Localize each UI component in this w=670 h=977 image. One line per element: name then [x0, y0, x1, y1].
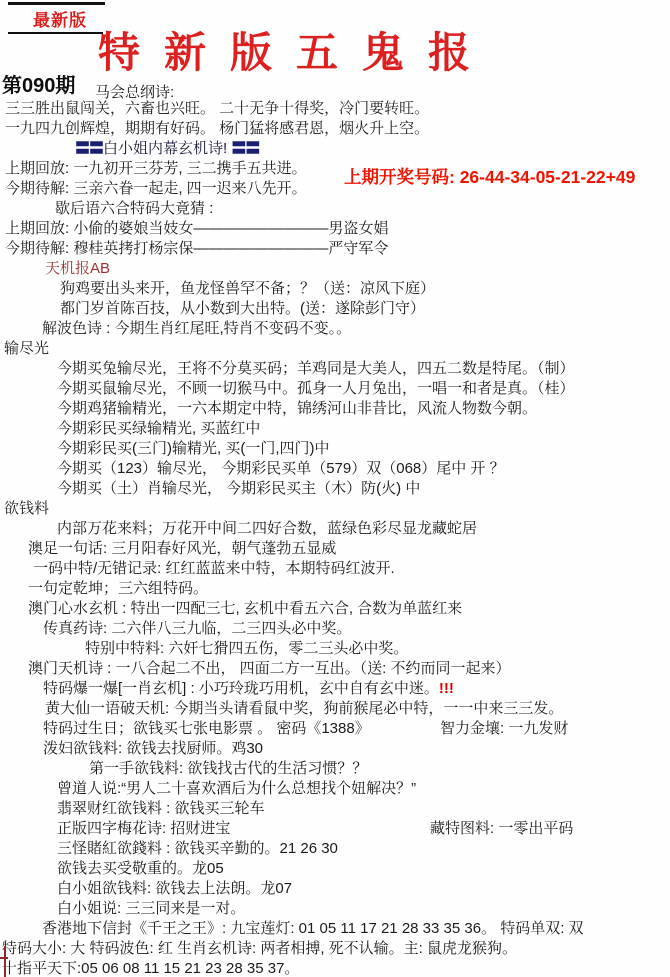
- text-segment: 内部万花来料；万花开中间二四好合数，蓝绿色彩尽显龙藏蛇居: [57, 520, 477, 537]
- text-line: 香港地下信封《千王之王》: 九宝莲灯: 01 05 11 17 21 28 33…: [0, 919, 670, 939]
- text-line: 三三胜出鼠闯关，六畜也兴旺。 二十无争十得奖，冷门要转旺。: [0, 99, 670, 119]
- text-line: 上期回放: 一九初开三芬芳, 三二携手五共进。: [0, 159, 670, 179]
- text-segment: 一码中特/无错记录: 红红蓝蓝来中特，本期特码红波开.: [33, 560, 395, 577]
- text-segment: 白小姐内幕玄机诗!: [103, 140, 231, 157]
- content-lines: 三三胜出鼠闯关，六畜也兴旺。 二十无争十得奖，冷门要转旺。一九四九创辉煌，期期有…: [0, 99, 670, 977]
- text-segment: 翡翠财红欲钱料 : 欲钱买三轮车: [57, 800, 265, 817]
- text-line: 白小姐说: 三三同来是一对。: [0, 899, 670, 919]
- text-line: 内部万花来料；万花开中间二四好合数，蓝绿色彩尽显龙藏蛇居: [0, 519, 670, 539]
- text-line: 特别中特料: 六奸七猾四五伤，零二三头必中奖。: [0, 639, 670, 659]
- text-line: 今期彩民买绿输精光, 买蓝红中: [0, 419, 670, 439]
- text-segment: 输尽光: [4, 340, 49, 357]
- text-segment: 今期买鼠输尽光，不顾一切猴马中。孤身一人月兔出，一唱一和者是真。（桂）: [57, 380, 575, 397]
- text-segment: 上期回放: 一九初开三芬芳, 三二携手五共进。: [5, 160, 307, 177]
- text-segment: 今期彩民买绿输精光, 买蓝红中: [57, 420, 260, 437]
- text-line: 翡翠财红欲钱料 : 欲钱买三轮车: [0, 799, 670, 819]
- text-line: 〓〓白小姐内幕玄机诗! 〓〓: [0, 139, 670, 159]
- text-line: 传真药诗: 二六伴八三九临，二三四头必中奖。: [0, 619, 670, 639]
- text-segment: 澳门天机诗 : 一八合起二不出， 四面二方一互出。（送: 不约而同一起来）: [28, 660, 511, 677]
- text-segment: 泼妇欲钱料: 欲钱去找厨师。鸡30: [43, 740, 263, 757]
- text-line: 特码大小: 大 特码波色: 红 生肖玄机诗: 两者相搏, 死不认输。主: 鼠虎龙…: [0, 939, 670, 959]
- badge-underline: [8, 32, 103, 34]
- text-segment: 欲钱料: [4, 500, 49, 517]
- text-segment: 今期买兔输尽光，王将不分莫买码；羊鸡同是大美人，四五二数是特尾。（制）: [57, 360, 575, 377]
- text-segment: 一句定乾坤；三六组特码。: [28, 580, 208, 597]
- text-line: 泼妇欲钱料: 欲钱去找厨师。鸡30: [0, 739, 670, 759]
- text-segment: 白小姐欲钱料: 欲钱去上法朗。龙07: [57, 880, 292, 897]
- text-segment: 今期鸡猪输精光，一六本期定中特，锦绣河山非昔比，风流人物数今朝。: [57, 400, 537, 417]
- text-line: 歇后语六合特码大竟猜 :: [0, 199, 670, 219]
- text-line: 一九四九创辉煌，期期有好码。 杨门猛将感君恩，烟火升上空。: [0, 119, 670, 139]
- top-rule-line: [8, 2, 105, 5]
- scan-mark-horizontal: [0, 957, 8, 959]
- text-line: 十指平天下:05 06 08 11 15 21 23 28 35 37。: [0, 959, 670, 977]
- text-line: 今期买（土）肖输尽光， 今期彩民买主（木）防(火) 中: [0, 479, 670, 499]
- text-line: 今期买鼠输尽光，不顾一切猴马中。孤身一人月兔出，一唱一和者是真。（桂）: [0, 379, 670, 399]
- text-line: 天机报AB: [0, 259, 670, 279]
- newspaper-page: 最新版 特新版五鬼报 第090期 马会总纲诗: 上期开奖号码: 26-44-34…: [0, 0, 670, 977]
- text-segment: 三三胜出鼠闯关，六畜也兴旺。 二十无争十得奖，冷门要转旺。: [5, 100, 429, 117]
- text-line: 三怪賭紅欲錢料 : 欲钱买辛勤的。21 26 30: [0, 839, 670, 859]
- text-segment: 白小姐说: 三三同来是一对。: [57, 900, 245, 917]
- text-line: 输尽光: [0, 339, 670, 359]
- text-segment: !!!: [439, 680, 454, 697]
- text-segment: 今期买（土）肖输尽光， 今期彩民买主（木）防(火) 中: [57, 480, 420, 497]
- text-line: 狗鸡要出头来开，鱼龙怪兽罕不备；？（送：凉风下庭）: [0, 279, 670, 299]
- text-segment: 黄大仙一语破天机: 今期当头请看鼠中奖，狗前猴尾必中特，一一中来三三发。: [45, 700, 563, 717]
- text-line: 今期待解: 三亲六眷一起走, 四一迟来八先开。: [0, 179, 670, 199]
- text-line: 特码爆一爆[一肖玄机] : 小巧玲珑巧用机，玄中自有玄中迷。!!!: [0, 679, 670, 699]
- text-segment: 狗鸡要出头来开，鱼龙怪兽罕不备；？（送：凉风下庭）: [60, 280, 435, 297]
- text-line: 特码过生日；欲钱买七张电影票 。 密码《1388》智力金壤: 一九发财: [0, 719, 670, 739]
- text-line: 澳足一句话: 三月阳春好风光，朝气蓬勃五显威: [0, 539, 670, 559]
- text-line: 澳门心水玄机 : 特出一四配三七, 玄机中看五六合, 合数为单蓝红来: [0, 599, 670, 619]
- text-segment: 都门岁首陈百技，从小数到大出特。(送：遂除彭门守）: [60, 300, 425, 317]
- text-line: 欲钱料: [0, 499, 670, 519]
- double-bar-icon: 〓〓: [75, 140, 103, 157]
- text-segment: 澳门心水玄机 : 特出一四配三七, 玄机中看五六合, 合数为单蓝红来: [28, 600, 462, 617]
- text-line: 上期回放: 小偷的婆娘当妓女—————————男盗女娼: [0, 219, 670, 239]
- text-segment: 解波色诗 : 今期生肖红尾旺,特肖不变码不变。。: [42, 320, 351, 337]
- text-segment: 第一手欲钱料: 欲钱找古代的生活习惯？？: [89, 760, 367, 777]
- text-segment: 天机报AB: [45, 260, 110, 277]
- text-segment: 一九四九创辉煌，期期有好码。 杨门猛将感君恩，烟火升上空。: [5, 120, 429, 137]
- text-line: 正版四字梅花诗: 招财进宝藏特图料: 一零出平码: [0, 819, 670, 839]
- text-segment: 特码大小: 大 特码波色: 红 生肖玄机诗: 两者相搏, 死不认输。主: 鼠虎龙…: [2, 940, 517, 957]
- scan-mark-vertical: [4, 946, 6, 977]
- text-segment: 藏特图料: 一零出平码: [430, 819, 573, 839]
- text-line: 白小姐欲钱料: 欲钱去上法朗。龙07: [0, 879, 670, 899]
- text-segment: 上期回放: 小偷的婆娘当妓女—————————男盗女娼: [5, 220, 388, 237]
- text-segment: 特码过生日；欲钱买七张电影票 。 密码《1388》: [43, 720, 370, 737]
- text-line: 今期彩民买(三门)输精光, 买(一门,四门)中: [0, 439, 670, 459]
- text-line: 欲钱去买受敬重的。龙05: [0, 859, 670, 879]
- page-title: 特新版五鬼报: [98, 20, 494, 80]
- issue-number: 第090期: [2, 69, 75, 98]
- text-line: 一句定乾坤；三六组特码。: [0, 579, 670, 599]
- text-segment: 澳足一句话: 三月阳春好风光，朝气蓬勃五显威: [28, 540, 336, 557]
- text-segment: 曾道人说:“男人二十喜欢酒后为什么总想找个妞解决？”: [57, 780, 416, 797]
- text-line: 第一手欲钱料: 欲钱找古代的生活习惯？？: [0, 759, 670, 779]
- text-segment: 十指平天下:05 06 08 11 15 21 23 28 35 37。: [2, 960, 299, 977]
- text-segment: 今期待解: 三亲六眷一起走, 四一迟来八先开。: [5, 180, 307, 197]
- text-segment: 正版四字梅花诗: 招财进宝: [57, 820, 230, 837]
- text-segment: 智力金壤: 一九发财: [440, 719, 568, 739]
- text-segment: 歇后语六合特码大竟猜 :: [55, 200, 213, 217]
- text-line: 曾道人说:“男人二十喜欢酒后为什么总想找个妞解决？”: [0, 779, 670, 799]
- text-segment: 今期待解: 穆桂英拷打杨宗保—————————严守军令: [5, 240, 388, 257]
- text-segment: 今期买（123）输尽光， 今期彩民买单（579）双（068）尾中 开 ？: [57, 460, 505, 477]
- text-segment: 传真药诗: 二六伴八三九临，二三四头必中奖。: [43, 620, 351, 637]
- text-line: 澳门天机诗 : 一八合起二不出， 四面二方一互出。（送: 不约而同一起来）: [0, 659, 670, 679]
- text-line: 黄大仙一语破天机: 今期当头请看鼠中奖，狗前猴尾必中特，一一中来三三发。: [0, 699, 670, 719]
- double-bar-icon: 〓〓: [231, 140, 259, 157]
- text-segment: 三怪賭紅欲錢料 : 欲钱买辛勤的。21 26 30: [57, 840, 338, 857]
- text-line: 今期买（123）输尽光， 今期彩民买单（579）双（068）尾中 开 ？: [0, 459, 670, 479]
- text-line: 都门岁首陈百技，从小数到大出特。(送：遂除彭门守）: [0, 299, 670, 319]
- text-segment: 香港地下信封《千王之王》: 九宝莲灯: 01 05 11 17 21 28 33…: [42, 920, 584, 937]
- text-segment: 今期彩民买(三门)输精光, 买(一门,四门)中: [57, 440, 330, 457]
- text-line: 今期待解: 穆桂英拷打杨宗保—————————严守军令: [0, 239, 670, 259]
- latest-edition-badge: 最新版: [33, 6, 87, 31]
- text-segment: 欲钱去买受敬重的。龙05: [57, 860, 224, 877]
- text-line: 今期鸡猪输精光，一六本期定中特，锦绣河山非昔比，风流人物数今朝。: [0, 399, 670, 419]
- text-line: 一码中特/无错记录: 红红蓝蓝来中特，本期特码红波开.: [0, 559, 670, 579]
- text-line: 解波色诗 : 今期生肖红尾旺,特肖不变码不变。。: [0, 319, 670, 339]
- text-segment: 特码爆一爆[一肖玄机] : 小巧玲珑巧用机，玄中自有玄中迷。: [43, 680, 439, 697]
- text-segment: 特别中特料: 六奸七猾四五伤，零二三头必中奖。: [85, 640, 408, 657]
- text-line: 今期买兔输尽光，王将不分莫买码；羊鸡同是大美人，四五二数是特尾。（制）: [0, 359, 670, 379]
